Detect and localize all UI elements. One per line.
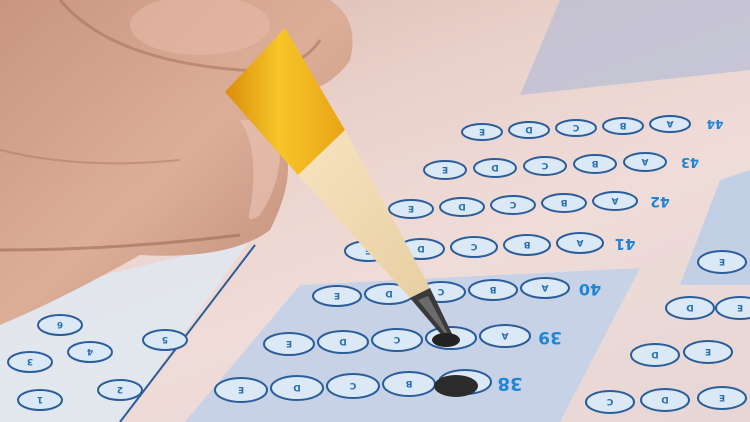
bubble-letter: A [541, 282, 548, 292]
bubble-letter: B [489, 284, 496, 294]
bubble-letter: D [417, 243, 424, 253]
question-number: 44 [707, 117, 724, 131]
bubble-letter: D [458, 201, 465, 211]
bubble-letter: C [541, 160, 548, 170]
bubble-letter: A [501, 330, 508, 340]
bubble-letter: D [385, 288, 392, 298]
bubble-letter: C [509, 199, 516, 209]
photo-scene: 44ABCDE43ABCDE42ABCDE41ABCDE40ABCDE39ABC… [0, 0, 750, 422]
photo-illustration: 44ABCDE43ABCDE42ABCDE41ABCDE40ABCDE39ABC… [0, 0, 750, 422]
question-number: 41 [615, 235, 636, 253]
bubble-letter: D [491, 162, 498, 172]
bubble-digit: 6 [57, 319, 63, 329]
bubble-letter: E [238, 384, 244, 394]
question-number: 43 [681, 154, 699, 169]
question-number: 42 [650, 193, 669, 209]
bubble-letter: D [686, 302, 693, 312]
bubble-letter: E [719, 392, 725, 402]
question-number: 40 [579, 280, 601, 299]
bubble-letter: E [442, 164, 448, 174]
bubble-letter: E [737, 302, 743, 312]
bubble-letter: C [470, 241, 477, 251]
bubble-letter: A [666, 118, 673, 128]
question-number: 38 [497, 373, 522, 394]
bubble-letter: B [523, 239, 530, 249]
bubble-digit: 4 [87, 346, 93, 356]
bubble-letter: D [651, 349, 658, 359]
bubble-letter: B [591, 158, 598, 168]
bubble-letter: A [576, 237, 583, 247]
bubble-letter: E [719, 256, 725, 266]
bubble-letter: E [408, 203, 414, 213]
question-number: 39 [538, 327, 562, 347]
bubble-letter: A [611, 195, 618, 205]
bubble-digit: 2 [117, 384, 123, 394]
bubble-letter: B [560, 197, 567, 207]
bubble-digit: 5 [162, 334, 168, 344]
bubble-letter: D [339, 336, 346, 346]
bubble-letter: C [393, 334, 400, 344]
bubble-letter: E [334, 290, 340, 300]
bubble-letter: E [705, 346, 711, 356]
bubble-digit: 1 [37, 394, 43, 404]
bubble-letter: C [572, 122, 579, 132]
bubble-letter: C [606, 396, 613, 406]
bubble-letter: C [437, 286, 444, 296]
bubble-letter: E [286, 338, 292, 348]
bubble-letter: A [641, 156, 648, 166]
bubble-letter: D [293, 382, 300, 392]
bubble-letter: E [479, 126, 485, 136]
bubble-letter: B [619, 120, 626, 130]
bubble-letter: D [661, 394, 668, 404]
answer-bubble-right-E[interactable] [716, 297, 750, 319]
bubble-letter: C [349, 380, 356, 390]
filled-bubble-38 [434, 375, 478, 397]
bubble-letter: B [405, 378, 412, 388]
bubble-letter: D [525, 124, 532, 134]
bubble-digit: 3 [27, 356, 33, 366]
